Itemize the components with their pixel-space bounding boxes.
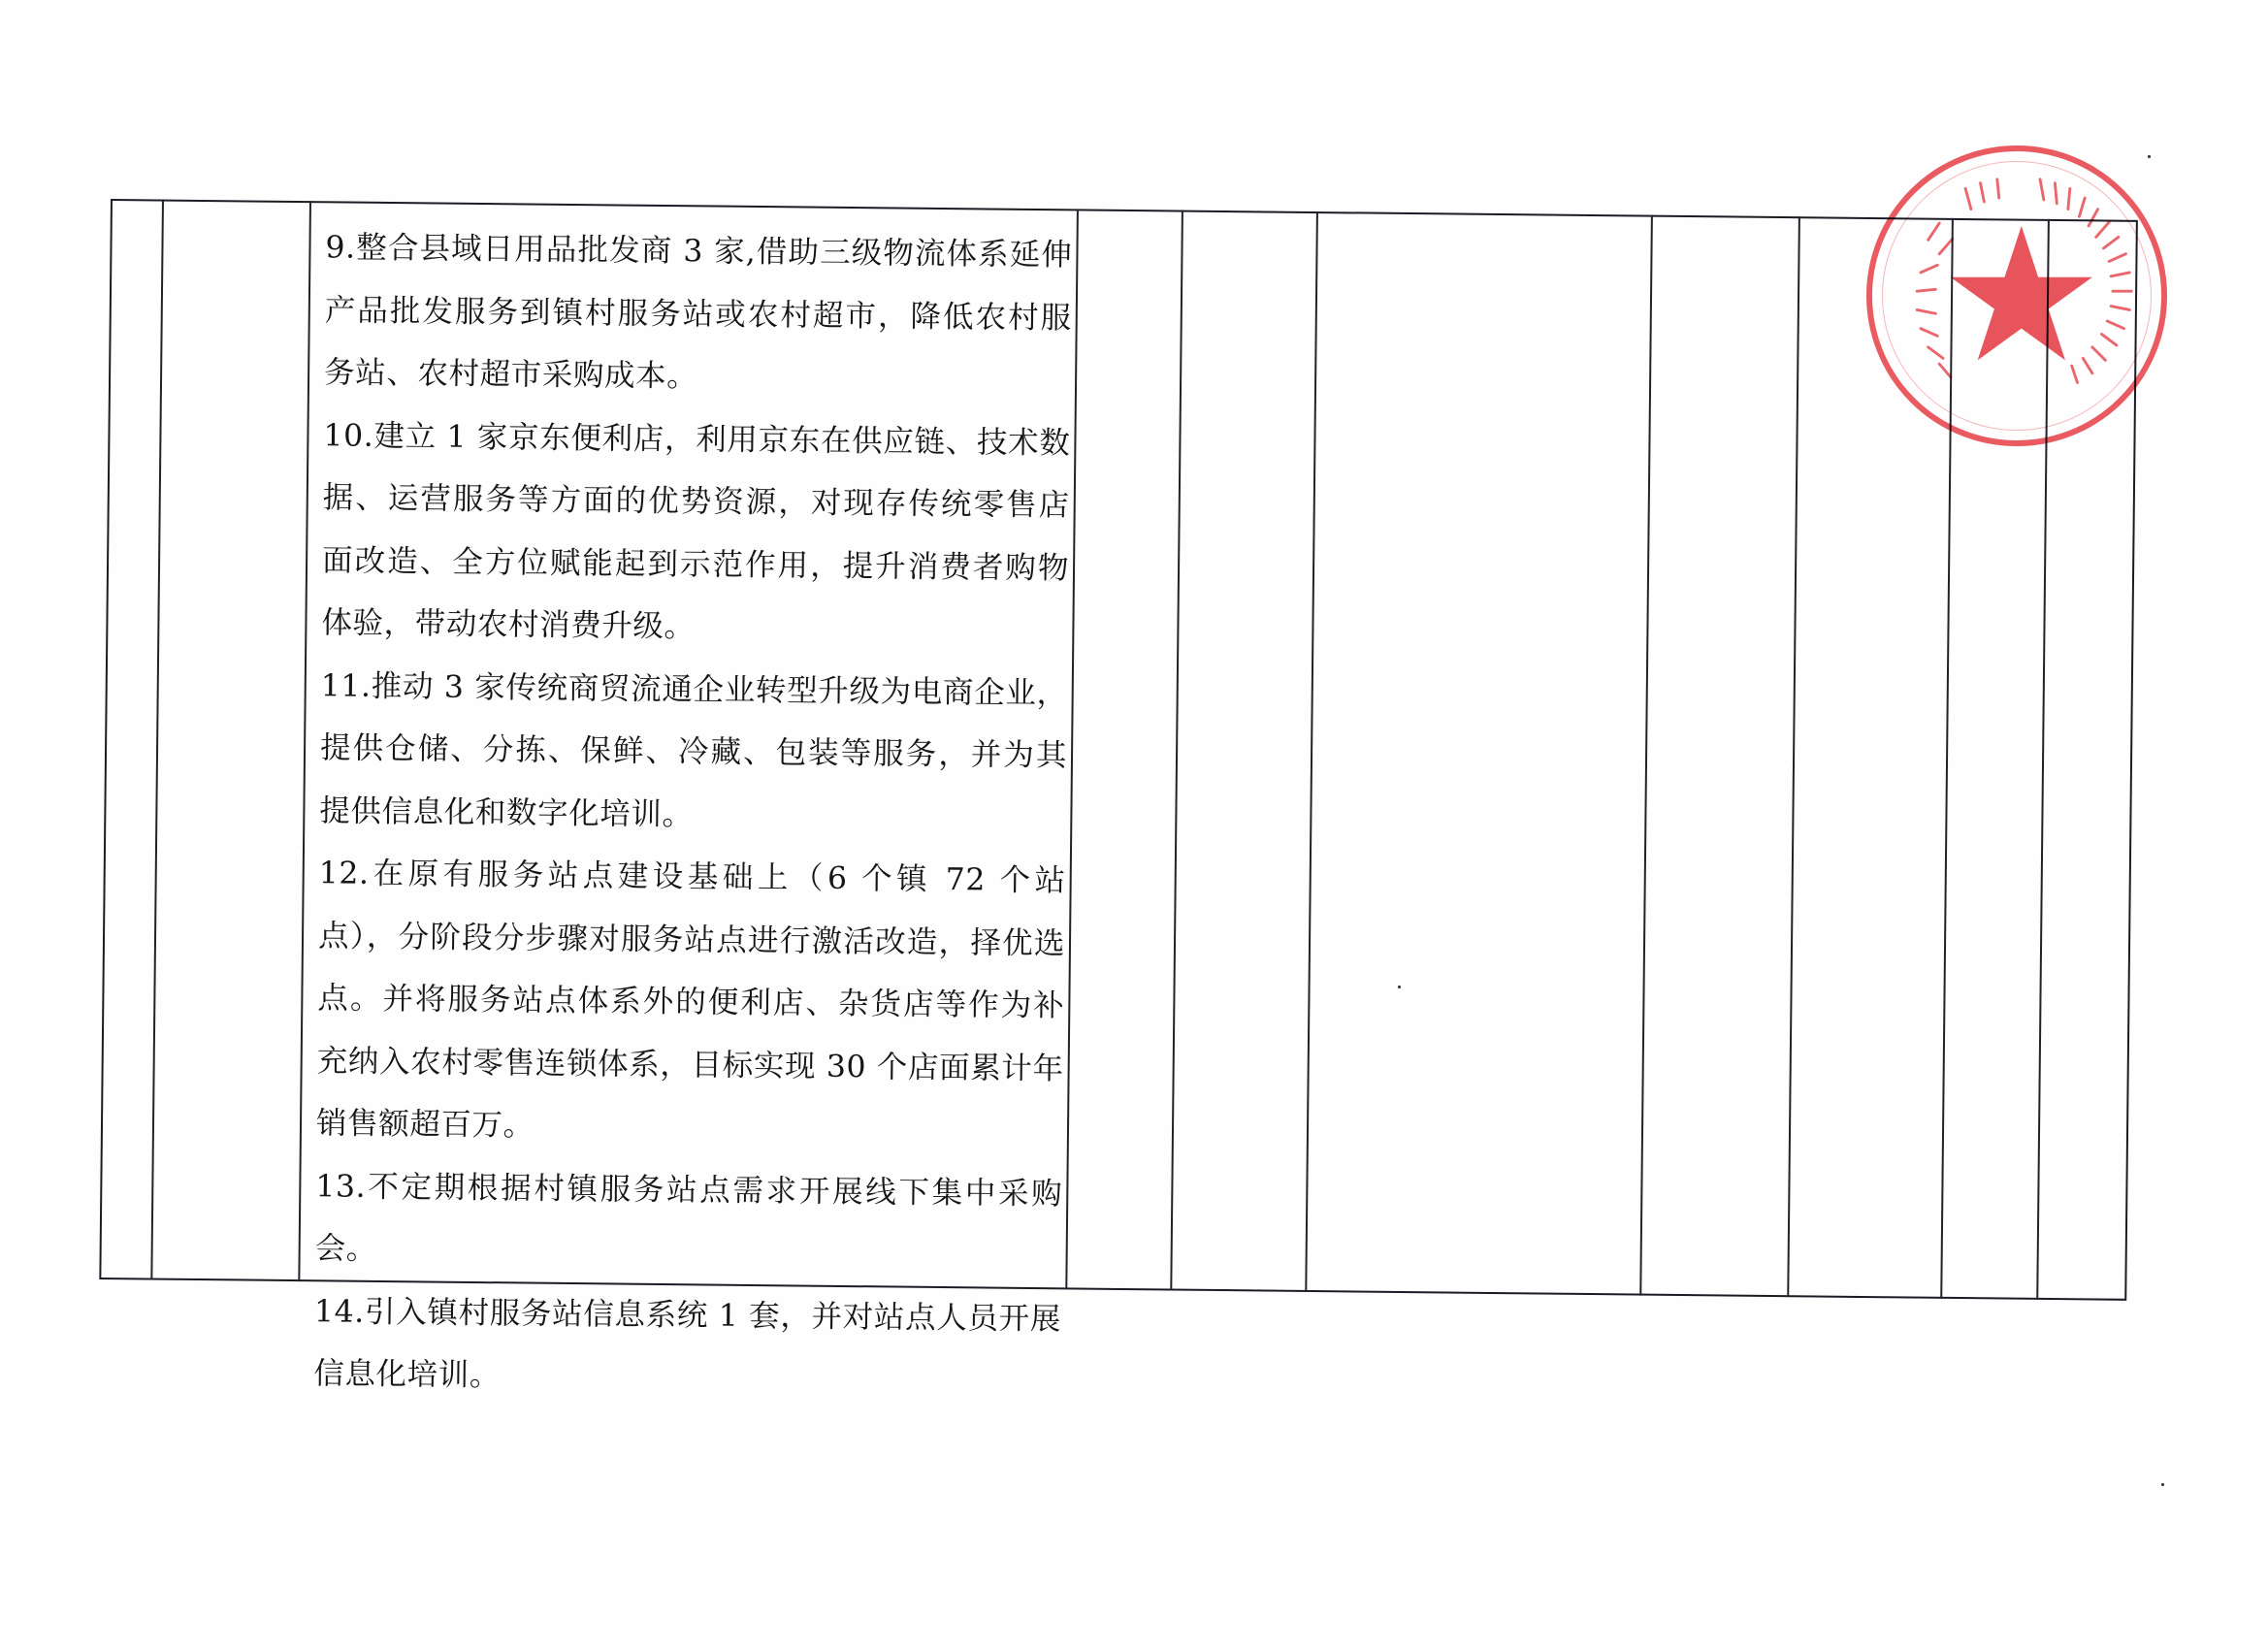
star-icon — [1951, 226, 2092, 360]
measures-cell: 9.整合县域日用品批发商 3 家,借助三级物流体系延伸产品批发服务到镇村服务站或… — [313, 216, 1073, 1412]
paragraph-item-14: 14.引入镇村服务站信息系统 1 套，并对站点人员开展信息化培训。 — [313, 1280, 1061, 1413]
scanned-document-page: 9.整合县域日用品批发商 3 家,借助三级物流体系延伸产品批发服务到镇村服务站或… — [0, 0, 2268, 1650]
paragraph-item-13: 13.不定期根据村镇服务站点需求开展线下集中采购会。 — [314, 1155, 1062, 1288]
plan-table: 9.整合县域日用品批发商 3 家,借助三级物流体系延伸产品批发服务到镇村服务站或… — [99, 199, 2138, 1301]
scan-speck — [1398, 986, 1401, 988]
scan-speck — [2148, 155, 2151, 158]
paragraph-item-9: 9.整合县域日用品批发商 3 家,借助三级物流体系延伸产品批发服务到镇村服务站或… — [324, 216, 1073, 412]
scan-speck — [2161, 1483, 2164, 1486]
paragraph-item-11: 11.推动 3 家传统商贸流通企业转型升级为电商企业，提供仓储、分拣、保鲜、冷藏… — [319, 655, 1068, 851]
official-seal — [1866, 146, 2167, 446]
seal-graphic — [1872, 151, 2161, 440]
paragraph-item-12: 12.在原有服务站点建设基础上（6 个镇 72 个站点），分阶段分步骤对服务站点… — [316, 842, 1066, 1163]
paragraph-item-10: 10.建立 1 家京东便利店，利用京东在供应链、技术数据、运营服务等方面的优势资… — [321, 404, 1071, 663]
